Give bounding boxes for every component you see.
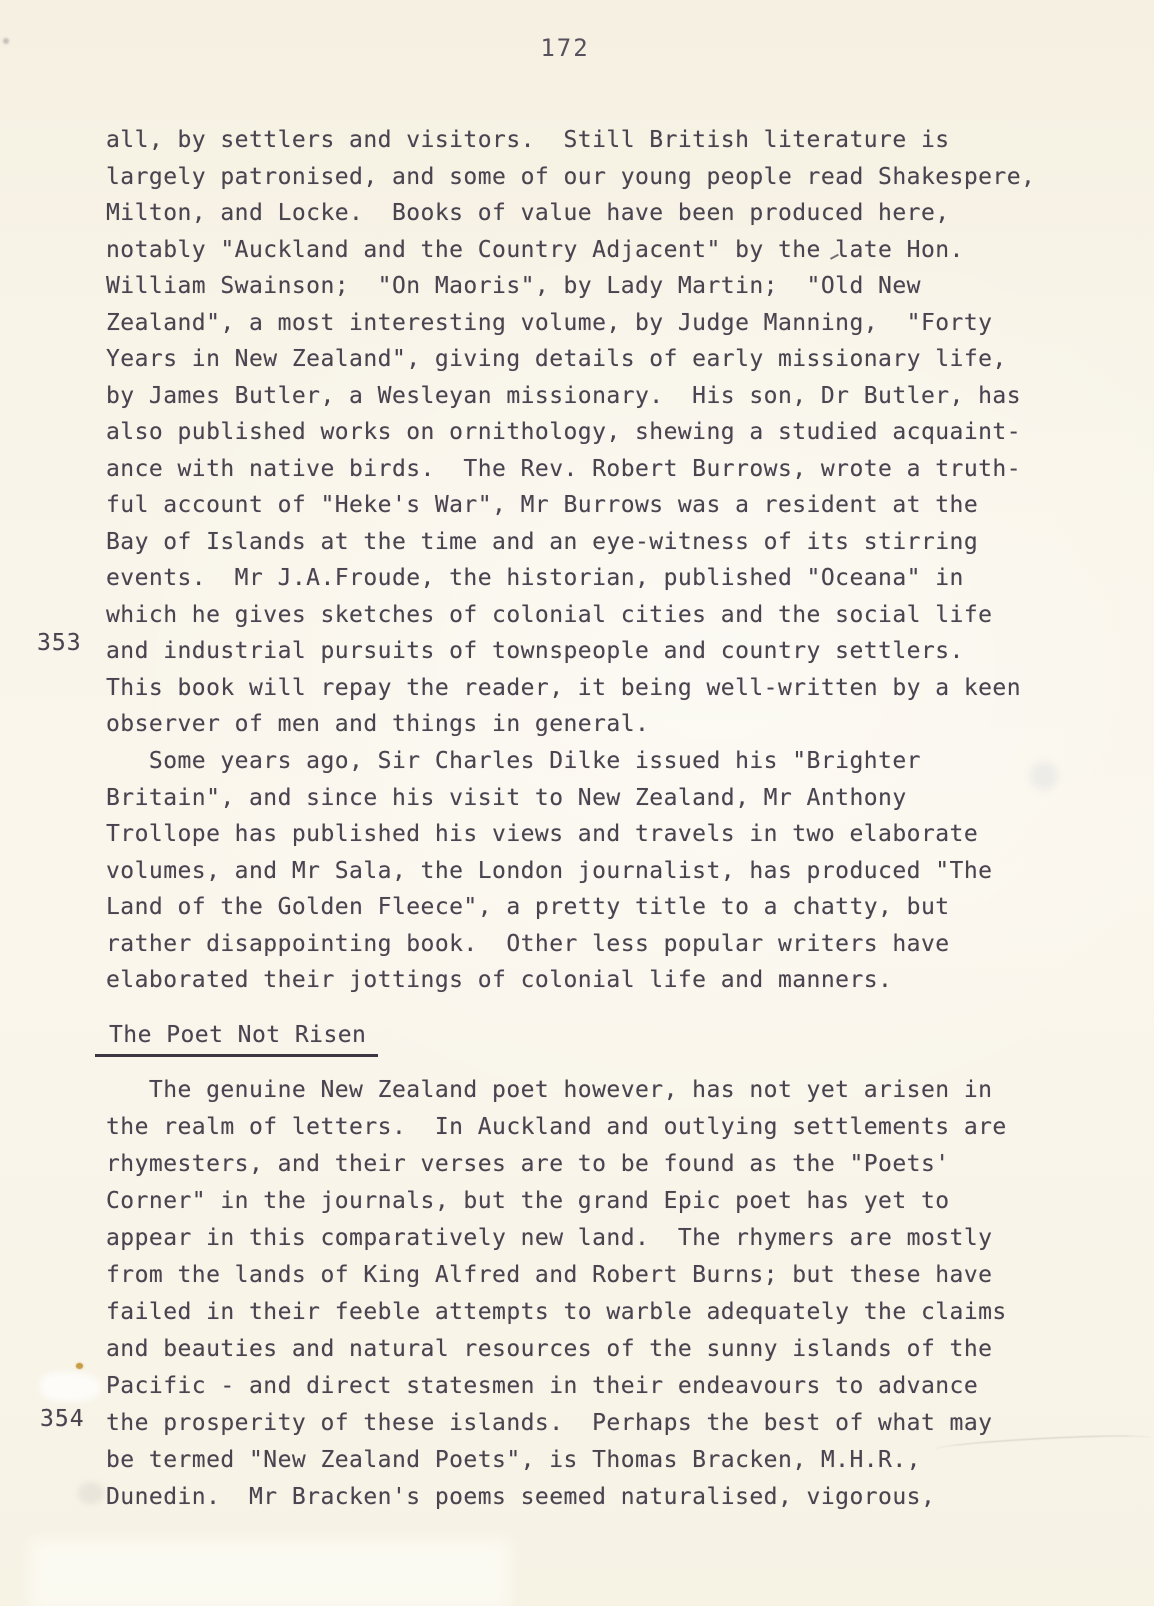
text-line: rather disappointing book. Other less po… [106, 926, 992, 963]
text-line: largely patronised, and some of our youn… [106, 159, 1035, 196]
text-line: Years in New Zealand", giving details of… [106, 341, 1035, 378]
text-line: volumes, and Mr Sala, the London journal… [106, 853, 992, 890]
text-line: observer of men and things in general. [106, 706, 1035, 743]
text-line: This book will repay the reader, it bein… [106, 670, 1035, 707]
text-line: Pacific - and direct statesmen in their … [106, 1368, 1007, 1405]
text-line: from the lands of King Alfred and Robert… [106, 1257, 1007, 1294]
paragraph-poet-not-risen: The genuine New Zealand poet however, ha… [106, 1072, 1007, 1516]
text-line: Trollope has published his views and tra… [106, 816, 992, 853]
text-line: The genuine New Zealand poet however, ha… [106, 1072, 1007, 1109]
text-line: William Swainson; "On Maoris", by Lady M… [106, 268, 1035, 305]
text-line: Zealand", a most interesting volume, by … [106, 305, 1035, 342]
text-line: Land of the Golden Fleece", a pretty tit… [106, 889, 992, 926]
scan-artifact-orange-fleck [76, 1363, 83, 1369]
text-line: also published works on ornithology, she… [106, 414, 1035, 451]
text-line: the prosperity of these islands. Perhaps… [106, 1405, 1007, 1442]
scan-artifact-smudge [1030, 762, 1058, 790]
text-line: Bay of Islands at the time and an eye-wi… [106, 524, 1035, 561]
page-number: 172 [0, 34, 1142, 62]
scan-artifact-eraser-smudge [40, 1372, 102, 1402]
scanned-typescript-page: 172 353 354 all, by settlers and visitor… [0, 0, 1154, 1606]
scan-artifact-light-patch [30, 1540, 510, 1606]
text-line: events. Mr J.A.Froude, the historian, pu… [106, 560, 1035, 597]
text-line: the realm of letters. In Auckland and ou… [106, 1109, 1007, 1146]
text-line: Britain", and since his visit to New Zea… [106, 780, 992, 817]
text-line: be termed "New Zealand Poets", is Thomas… [106, 1442, 1007, 1479]
margin-number-354: 354 [40, 1406, 85, 1432]
section-heading-poet-not-risen: The Poet Not Risen [95, 1022, 378, 1057]
text-line: and beauties and natural resources of th… [106, 1331, 1007, 1368]
text-line: Corner" in the journals, but the grand E… [106, 1183, 1007, 1220]
text-line: Milton, and Locke. Books of value have b… [106, 195, 1035, 232]
text-line: appear in this comparatively new land. T… [106, 1220, 1007, 1257]
text-line: ance with native birds. The Rev. Robert … [106, 451, 1035, 488]
text-line: rhymesters, and their verses are to be f… [106, 1146, 1007, 1183]
text-line: Some years ago, Sir Charles Dilke issued… [106, 743, 992, 780]
margin-number-353: 353 [37, 630, 82, 656]
text-line: elaborated their jottings of colonial li… [106, 962, 992, 999]
scan-artifact-smudge [78, 1482, 104, 1504]
text-line: by James Butler, a Wesleyan missionary. … [106, 378, 1035, 415]
text-line: Dunedin. Mr Bracken's poems seemed natur… [106, 1479, 1007, 1516]
paragraph-british-literature: all, by settlers and visitors. Still Bri… [106, 122, 1035, 743]
paragraph-travel-writers: Some years ago, Sir Charles Dilke issued… [106, 743, 992, 999]
text-line: which he gives sketches of colonial citi… [106, 597, 1035, 634]
text-line: and industrial pursuits of townspeople a… [106, 633, 1035, 670]
text-line: notably "Auckland and the Country Adjace… [106, 232, 1035, 269]
text-line: failed in their feeble attempts to warbl… [106, 1294, 1007, 1331]
text-line: all, by settlers and visitors. Still Bri… [106, 122, 1035, 159]
text-line: ful account of "Heke's War", Mr Burrows … [106, 487, 1035, 524]
